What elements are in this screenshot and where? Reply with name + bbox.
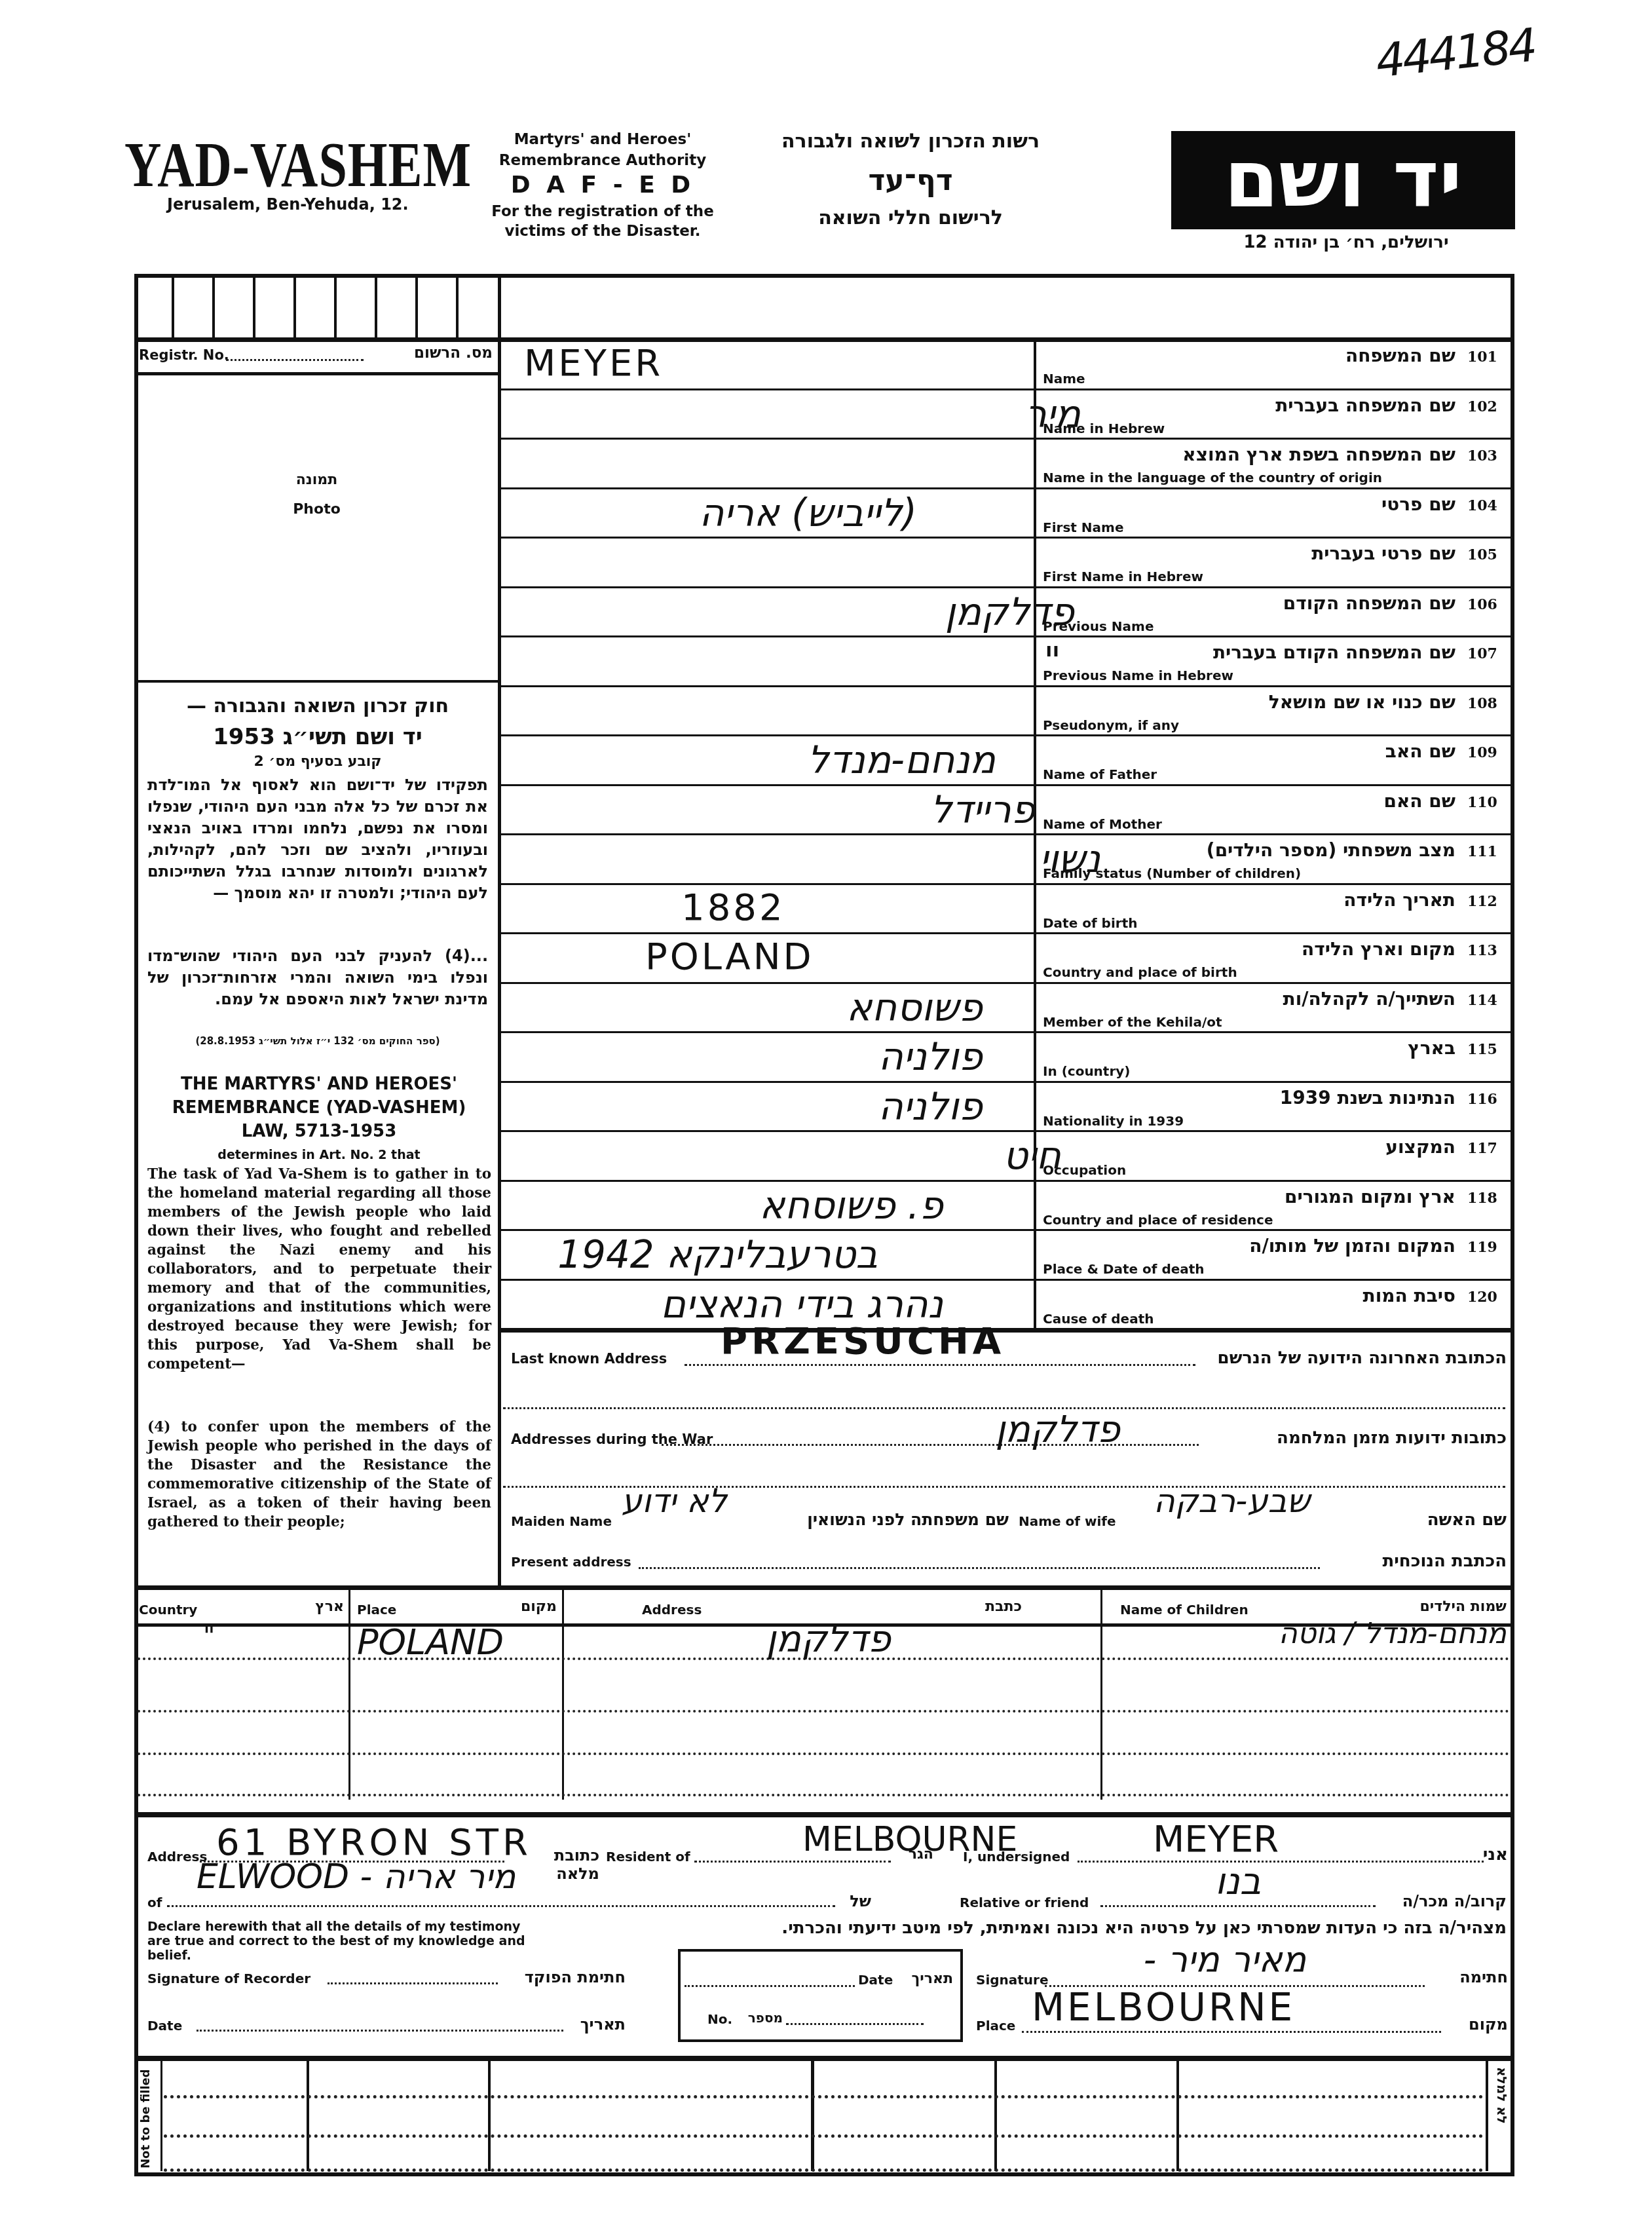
field-label-he: שם האם <box>1383 790 1455 812</box>
field-value[interactable]: " <box>524 639 1061 683</box>
grid-divider <box>1176 2061 1179 2171</box>
org-address: Jerusalem, Ben-Yehuda, 12. <box>167 195 409 214</box>
law-en-subtitle: determines in Art. No. 2 that <box>145 1148 493 1162</box>
col-children-he: שמות הילדים <box>1362 1599 1507 1615</box>
divider <box>134 337 1514 342</box>
undersigned-label-en: I, undersigned <box>963 1849 1070 1865</box>
record-date-label-he: תאריך <box>567 2015 626 2034</box>
field-label-he: הנתינות בשנת 1939 <box>1280 1087 1455 1108</box>
field-label-en: Country and place of birth <box>1043 964 1237 980</box>
field-number: 116 <box>1467 1091 1497 1108</box>
field-label-en: Name of Father <box>1043 767 1157 782</box>
place-label-en: Place <box>976 2018 1015 2034</box>
field-value[interactable]: מנחם-מנדל <box>524 738 996 782</box>
reg-box-divider <box>253 275 255 338</box>
law-en-title2: REMEMBRANCE (YAD-VASHEM) <box>145 1098 493 1118</box>
resident-label-he: הגר <box>894 1846 933 1863</box>
field-number: 115 <box>1467 1041 1497 1058</box>
purpose-line1: For the registration of the <box>472 203 734 220</box>
he-form-name: דף־עד <box>760 164 1061 197</box>
reg-box-divider <box>212 275 215 338</box>
field-row-divider <box>501 685 1514 687</box>
org-title: YAD-VASHEM <box>124 128 472 202</box>
last-known-address-value[interactable]: PRZESUCHA <box>721 1320 1005 1363</box>
war-address-label-he: כתובות ידועות מזמן המלחמה <box>1199 1428 1507 1448</box>
reg-box-divider <box>375 275 377 338</box>
label-column-divider <box>1034 341 1036 1330</box>
yad-vashem-logo: יד ושם <box>1171 131 1515 229</box>
col-children-en: Name of Children <box>1120 1602 1248 1618</box>
grid-divider <box>1486 2061 1488 2171</box>
field-label-he: השתייך/ה לקהלה/ות <box>1283 988 1455 1010</box>
archive-number: 444184 <box>1373 18 1537 88</box>
field-number: 110 <box>1467 794 1497 811</box>
signature-value[interactable]: מאיר מיר - <box>1048 1939 1402 1980</box>
field-value[interactable]: נשוי <box>524 837 1100 881</box>
field-number: 111 <box>1467 843 1497 860</box>
child-row1-address[interactable]: פדלקמן <box>694 1618 891 1661</box>
field-row-divider <box>501 388 1514 390</box>
field-label-en: Member of the Kehila/ot <box>1043 1014 1222 1030</box>
grid-divider <box>307 2061 309 2171</box>
last-known-address-label-he: הכתובת האחרונה הידועה של הנרשם <box>1199 1348 1507 1368</box>
reg-box-divider <box>172 275 174 338</box>
law-en-title1: THE MARTYRS' AND HEROES' <box>145 1074 493 1094</box>
field-number: 109 <box>1467 744 1497 761</box>
resident-label-en: Resident of <box>606 1849 690 1865</box>
col-country-he: ארץ <box>275 1599 344 1615</box>
reg-box-divider <box>293 275 296 338</box>
field-row-divider <box>501 734 1514 736</box>
field-value[interactable]: פולניה <box>524 1034 983 1079</box>
reg-box-divider <box>456 275 459 338</box>
col-address-en: Address <box>642 1602 702 1618</box>
office-no-field[interactable] <box>786 2023 924 2025</box>
present-address-label-en: Present address <box>511 1554 631 1570</box>
divider <box>134 372 499 375</box>
field-row-divider <box>501 537 1514 539</box>
field-number: 104 <box>1467 497 1497 514</box>
relative-label-he: קרוב/ה מכר/ה <box>1379 1892 1507 1910</box>
of-label-en: of <box>147 1895 162 1910</box>
grid-row-line <box>164 2168 1484 2172</box>
field-row-divider <box>501 883 1514 885</box>
witness-address-label-he: כתובת מלאה <box>508 1846 599 1883</box>
divider <box>134 2056 1514 2061</box>
reg-box-divider <box>415 275 418 338</box>
child-row1-names[interactable]: מנחם-מנדל / גוטה <box>1231 1615 1507 1653</box>
declaration-en: Declare herewith that all the details of… <box>147 1920 527 1963</box>
field-number: 102 <box>1467 398 1497 415</box>
field-value[interactable]: (לייביש) אריה <box>524 491 917 535</box>
field-label-en: Country and place of residence <box>1043 1212 1273 1228</box>
field-row-divider <box>501 784 1514 786</box>
recorder-signature-label-he: חתימת הפוקד <box>501 1968 626 1986</box>
field-label-he: שם כנוי או שם מושאל <box>1269 691 1455 713</box>
authority-line2: Remembrance Authority <box>472 152 734 169</box>
he-address: ירושלים, רח׳ בן יהודה 12 <box>1199 233 1493 252</box>
field-value[interactable]: מיר <box>524 392 1081 436</box>
register-label-en: Registr. No. <box>139 347 229 363</box>
place-field[interactable] <box>1022 2031 1441 2033</box>
field-number: 107 <box>1467 645 1497 662</box>
field-value[interactable]: בטרעבלינקא 1942 <box>524 1232 878 1277</box>
record-date-label-en: Date <box>147 2018 182 2034</box>
wife-name-value[interactable]: שבע-רבקה <box>1114 1482 1310 1520</box>
field-label-en: Name in the language of the country of o… <box>1043 470 1382 485</box>
law-he-body2: ...(4) להעניק לבני העם היהודי שהוש־מדו ו… <box>147 945 488 1010</box>
reg-box-divider <box>334 275 337 338</box>
purpose-line2: victims of the Disaster. <box>472 223 734 240</box>
law-en-body2: (4) to confer upon the members of the Je… <box>147 1418 491 1532</box>
field-number: 118 <box>1467 1190 1497 1207</box>
table-row-line <box>138 1752 1510 1755</box>
field-number: 113 <box>1467 942 1497 959</box>
field-row-divider <box>501 833 1514 835</box>
law-he-body: תפקידו של יד־ושם הוא לאסוף אל המו־לדת את… <box>147 774 488 904</box>
table-col-divider <box>1100 1589 1102 1800</box>
relative-field[interactable] <box>1100 1905 1376 1907</box>
register-field[interactable] <box>226 359 364 361</box>
he-authority: רשות הזכרון לשואה ולגבורה <box>760 130 1061 153</box>
photo-label-he: תמונה <box>134 472 499 488</box>
field-label-he: המקצוע <box>1385 1136 1455 1158</box>
table-row-line <box>138 1794 1510 1796</box>
field-label-en: Name of Mother <box>1043 816 1162 832</box>
field-value[interactable]: פריידל <box>524 787 1035 832</box>
wife-name-label-en: Name of wife <box>1019 1513 1116 1529</box>
maiden-name-value[interactable]: לא ידוע <box>576 1482 727 1520</box>
field-number: 108 <box>1467 695 1497 712</box>
field-row-divider <box>501 586 1514 588</box>
side-code: לא למלא <box>1494 2067 1510 2124</box>
field-label-en: In (country) <box>1043 1063 1130 1079</box>
field-label-en: Cause of death <box>1043 1311 1154 1327</box>
col-address-he: כתבת <box>917 1599 1022 1615</box>
grid-divider <box>488 2061 491 2171</box>
field-label-he: שם המשפחה <box>1345 345 1455 366</box>
field-row-divider <box>501 1180 1514 1182</box>
undersigned-label-he: אני <box>1467 1845 1508 1865</box>
field-label-he: שם המשפחה הקודם בעברית <box>1213 641 1455 663</box>
relative-value[interactable]: בנו <box>1179 1861 1297 1903</box>
law-en-body: The task of Yad Va-Shem is to gather in … <box>147 1165 491 1374</box>
he-purpose: לרישום חללי השואה <box>760 206 1061 229</box>
field-label-he: מקום וארץ הלידה <box>1302 938 1455 960</box>
field-label-he: סיבת המות <box>1363 1285 1455 1306</box>
field-value[interactable]: חיט <box>524 1133 1061 1178</box>
table-row-line <box>138 1710 1510 1713</box>
place-label-he: מקום <box>1444 2015 1508 2034</box>
field-label-he: תאריך הלידה <box>1343 889 1455 911</box>
field-row-divider <box>501 982 1514 984</box>
divider <box>134 680 499 683</box>
field-value[interactable]: פשוסחא <box>524 985 983 1030</box>
divider <box>501 1329 1514 1333</box>
authority-line1: Martyrs' and Heroes' <box>472 131 734 148</box>
field-label-he: בארץ <box>1408 1037 1455 1059</box>
form-name: D A F - E D <box>472 172 734 199</box>
field-row-divider <box>501 487 1514 489</box>
recorder-signature-field[interactable] <box>328 1982 498 1984</box>
relative-label-en: Relative or friend <box>960 1895 1089 1910</box>
last-known-address-label-en: Last known Address <box>511 1351 667 1367</box>
wife-name-label-he: שם האשה <box>1317 1510 1507 1530</box>
office-no-label-en: No. <box>707 2011 732 2027</box>
war-address-value[interactable]: פדלקמן <box>884 1409 1120 1451</box>
field-label-he: שם המשפחה בשפת ארץ המוצא <box>1182 444 1455 465</box>
present-address-label-he: הכתבת הנוכחית <box>1330 1551 1507 1571</box>
field-value[interactable]: פולניה <box>524 1084 983 1129</box>
office-date-label-he: תאריך <box>901 1971 953 1987</box>
field-number: 112 <box>1467 893 1497 910</box>
field-number: 117 <box>1467 1140 1497 1157</box>
law-he-title2: יד ושם תשי״ג 1953 <box>147 724 488 750</box>
grid-row-line <box>164 2095 1484 2098</box>
recorder-signature-label-en: Signature of Recorder <box>147 1971 310 1986</box>
field-row-divider <box>501 635 1514 637</box>
child-row1-country[interactable]: " <box>203 1621 215 1652</box>
field-label-en: Nationality in 1939 <box>1043 1113 1184 1129</box>
field-label-he: המקום והזמן של מותו/ה <box>1249 1235 1455 1257</box>
field-value[interactable]: 1882 <box>681 886 785 929</box>
field-row-divider <box>501 1081 1514 1083</box>
divider <box>134 1585 1514 1590</box>
field-label-en: Date of birth <box>1043 915 1137 931</box>
law-he-subtitle: קובע בסעיף מס׳ 2 <box>147 753 488 770</box>
grid-divider <box>994 2061 997 2171</box>
of-field[interactable] <box>167 1905 835 1907</box>
place-value[interactable]: MELBOURNE <box>1032 1985 1295 2030</box>
last-known-address-field[interactable] <box>685 1364 1195 1366</box>
field-value[interactable]: פדלקמן <box>524 590 1074 634</box>
table-col-divider <box>562 1589 564 1800</box>
field-label-en: First Name <box>1043 520 1123 535</box>
law-he-citation: (ספר החוקים מס׳ 132 י״ז אלול תשי״ג 28.8.… <box>147 1035 488 1047</box>
office-date-label-en: Date <box>858 1972 893 1988</box>
field-number: 120 <box>1467 1289 1497 1306</box>
undersigned-value[interactable]: MEYER <box>1153 1818 1279 1861</box>
field-row-divider <box>501 1279 1514 1281</box>
field-label-en: First Name in Hebrew <box>1043 569 1203 584</box>
grid-divider <box>811 2061 814 2171</box>
field-label-he: שם המשפחה בעברית <box>1275 394 1455 416</box>
table-col-divider <box>348 1589 350 1800</box>
field-label-he: ארץ ומקום המגורים <box>1285 1186 1455 1207</box>
record-date-field[interactable] <box>197 2030 563 2032</box>
register-label-he: מס. הרשום <box>367 345 493 362</box>
signature-label-he: חתימה <box>1428 1968 1508 1986</box>
grid-row-line <box>164 2134 1484 2138</box>
field-label-en: Name <box>1043 371 1085 387</box>
resident-field[interactable] <box>694 1861 891 1863</box>
present-address-field[interactable] <box>639 1567 1320 1569</box>
field-number: 105 <box>1467 546 1497 563</box>
photo-label-en: Photo <box>134 501 499 518</box>
field-row-divider <box>501 438 1514 440</box>
grid-divider <box>160 2061 162 2171</box>
field-label-he: שם פרטי בעברית <box>1311 542 1455 564</box>
maiden-name-label-he: שם משפחתה לפני הנשואין <box>734 1510 1009 1529</box>
field-label-he: שם האב <box>1385 740 1455 762</box>
field-number: 106 <box>1467 596 1497 613</box>
field-label-he: מצב משפחתי (מספר הילדים) <box>1207 839 1455 861</box>
field-row-divider <box>501 1031 1514 1033</box>
col-place-he: מקום <box>485 1599 557 1615</box>
field-number: 103 <box>1467 447 1497 464</box>
field-row-divider <box>501 1130 1514 1132</box>
field-label-he: שם המשפחה הקודם <box>1283 592 1455 614</box>
field-number: 101 <box>1467 349 1497 366</box>
of-value[interactable]: ELWOOD - מיר אריה <box>197 1857 516 1897</box>
office-no-label-he: מספר <box>737 2010 783 2026</box>
office-date-field[interactable] <box>685 1985 855 1987</box>
law-en-title3: LAW, 5713-1953 <box>145 1122 493 1141</box>
law-he-title1: חוק זכרון השואה והגבורה — <box>147 694 488 717</box>
field-label-he: שם פרטי <box>1381 493 1455 515</box>
field-number: 119 <box>1467 1239 1497 1256</box>
field-label-en: Pseudonym, if any <box>1043 717 1179 733</box>
child-row1-place[interactable]: POLAND <box>357 1621 504 1663</box>
field-number: 114 <box>1467 992 1497 1009</box>
office-use-box <box>678 1949 963 2042</box>
field-value[interactable]: MEYER <box>524 342 663 385</box>
field-value[interactable]: POLAND <box>645 936 814 978</box>
field-row-divider <box>501 932 1514 934</box>
field-row-divider <box>501 1229 1514 1231</box>
field-label-en: Previous Name in Hebrew <box>1043 668 1233 683</box>
field-label-en: Place & Date of death <box>1043 1261 1205 1277</box>
declaration-he: מצהיר/ה בזה כי העדות שמסרתי כאן על פרטיה… <box>524 1918 1507 1938</box>
field-value[interactable]: פ. פשוסחא <box>524 1183 943 1228</box>
col-country-en: Country <box>139 1602 197 1618</box>
not-to-be-filled-label: Not to be filled <box>139 2069 153 2168</box>
of-label-he: של <box>838 1892 871 1910</box>
divider <box>134 1812 1514 1817</box>
col-place-en: Place <box>357 1602 396 1618</box>
